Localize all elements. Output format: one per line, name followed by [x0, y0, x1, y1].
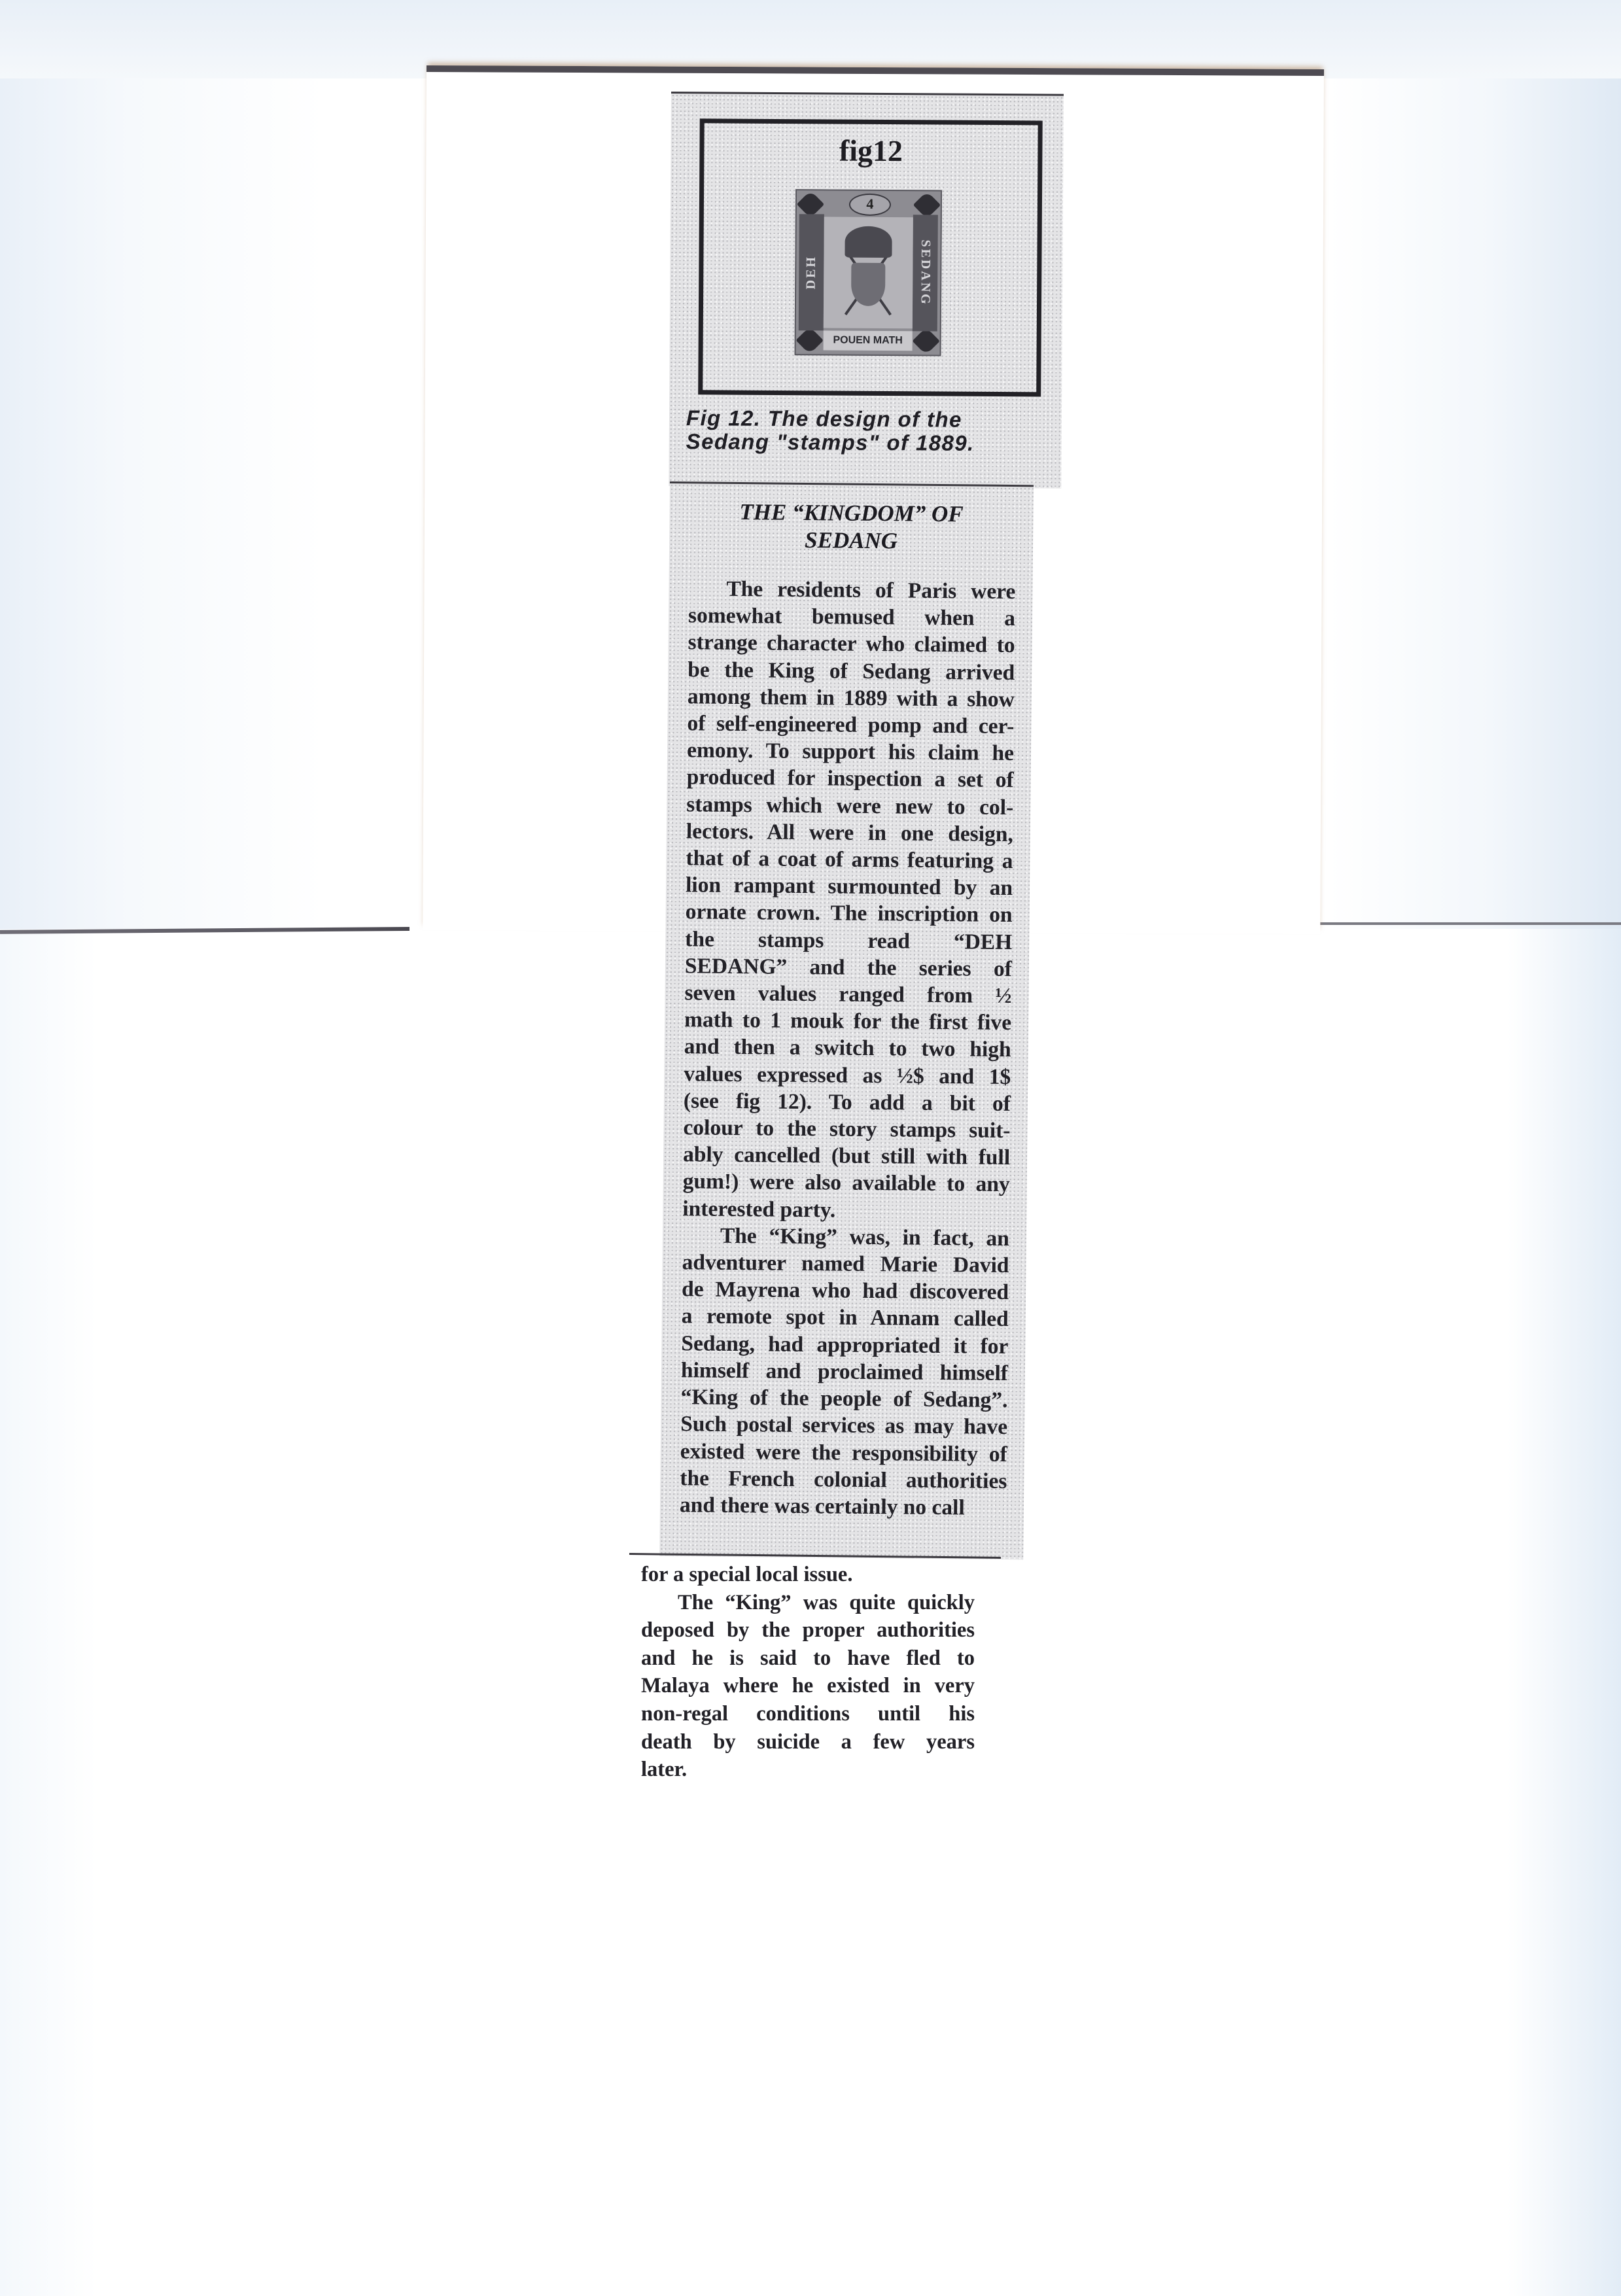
- article-line: emony. To support his claim he: [687, 737, 1014, 767]
- figure-caption: Fig 12. The design of the Sedang "stamps…: [686, 406, 1053, 455]
- stamp-bottom-inscription: POUEN MATH: [824, 330, 913, 351]
- article-line: math to 1 mouk for the first five: [684, 1007, 1011, 1037]
- crown-icon: [845, 226, 892, 258]
- article-line: ably cancelled (but still with full: [683, 1141, 1010, 1172]
- article-line: among them in 1889 with a show: [688, 683, 1015, 713]
- stamp-corner-ornament-icon: [912, 327, 939, 355]
- article-line: and then a switch to two high: [684, 1034, 1011, 1064]
- article-line: “King of the people of Sedang”.: [680, 1383, 1007, 1414]
- article-line: and he is said to have fled to: [641, 1644, 975, 1673]
- article-body: The residents of Paris weresomewhat bemu…: [680, 575, 1016, 1522]
- article-line: Malaya where he existed in very: [641, 1672, 975, 1700]
- article-line: non-regal conditions until his: [641, 1700, 975, 1728]
- title-line: THE “KINGDOM” OF: [669, 498, 1033, 529]
- article-line: adventurer named Marie David: [682, 1249, 1009, 1279]
- article-line: SEDANG” and the series of: [685, 952, 1012, 983]
- stamp-left-inscription: DEH: [799, 214, 824, 330]
- article-line: colour to the story stamps suit-: [683, 1114, 1010, 1144]
- article-line: The residents of Paris were: [688, 575, 1015, 605]
- article-line: produced for inspection a set of: [686, 764, 1013, 794]
- article-line: de Mayrena who had discovered: [682, 1276, 1009, 1306]
- article-line: lion rampant surmounted by an: [686, 871, 1013, 901]
- article-line: somewhat bemused when a: [688, 602, 1015, 632]
- stamp-corner-ornament-icon: [795, 326, 823, 354]
- article-line: ornate crown. The inscription on: [685, 899, 1012, 929]
- article-line: stamps which were new to col-: [686, 791, 1013, 821]
- figure-label: fig12: [704, 132, 1037, 169]
- article-line: interested party.: [682, 1195, 1009, 1225]
- article-clipping: THE “KINGDOM” OF SEDANG The residents of…: [659, 481, 1034, 1559]
- article-line: gum!) were also available to any: [683, 1168, 1010, 1198]
- article-line: himself and proclaimed himself: [681, 1357, 1008, 1387]
- stamp-coat-of-arms: [824, 217, 913, 328]
- article-line: (see fig 12). To add a bit of: [684, 1087, 1011, 1117]
- figure-clipping: fig12 4 DEH SEDANG POUEN MATH Fig 12. Th…: [669, 92, 1064, 489]
- article-line: lectors. All were in one design,: [686, 818, 1013, 848]
- article-line: the stamps read “DEH: [685, 926, 1012, 956]
- stamp-right-inscription: SEDANG: [913, 215, 938, 331]
- caption-line: Sedang "stamps" of 1889.: [686, 430, 1053, 455]
- caption-line: Fig 12. The design of the: [686, 406, 1053, 432]
- article-line: The “King” was, in fact, an: [682, 1222, 1009, 1252]
- article-line: Sedang, had appropriated it for: [681, 1330, 1008, 1360]
- figure-frame: fig12 4 DEH SEDANG POUEN MATH: [698, 118, 1043, 396]
- article-line: existed were the responsibility of: [680, 1438, 1007, 1468]
- article-line: strange character who claimed to: [688, 629, 1015, 659]
- article-line: be the King of Sedang arrived: [688, 656, 1015, 686]
- lion-shield-icon: [851, 263, 885, 306]
- article-line: that of a coat of arms featuring a: [686, 844, 1013, 875]
- article-continuation: for a special local issue.The “King” was…: [641, 1561, 975, 1784]
- article-line: The “King” was quite quickly: [641, 1589, 975, 1617]
- stamp-value: 4: [849, 194, 891, 216]
- fold-line-right: [1300, 922, 1621, 925]
- article-line: seven values ranged from ½: [684, 979, 1011, 1009]
- article-line: deposed by the proper authorities: [641, 1616, 975, 1644]
- article-line: and there was certainly no call: [680, 1491, 1007, 1522]
- article-line: of self-engineered pomp and cer-: [687, 710, 1014, 740]
- article-line: Such postal services as may have: [680, 1411, 1007, 1441]
- article-line: values expressed as ½$ and 1$: [684, 1060, 1011, 1090]
- article-line: later.: [641, 1756, 975, 1784]
- stamp-image: 4 DEH SEDANG POUEN MATH: [795, 189, 943, 356]
- title-line: SEDANG: [669, 525, 1033, 556]
- article-line: death by suicide a few years: [641, 1728, 975, 1756]
- article-title: THE “KINGDOM” OF SEDANG: [669, 498, 1034, 556]
- article-line: for a special local issue.: [641, 1561, 975, 1589]
- article-line: the French colonial authorities: [680, 1465, 1007, 1495]
- article-line: a remote spot in Annam called: [682, 1303, 1009, 1333]
